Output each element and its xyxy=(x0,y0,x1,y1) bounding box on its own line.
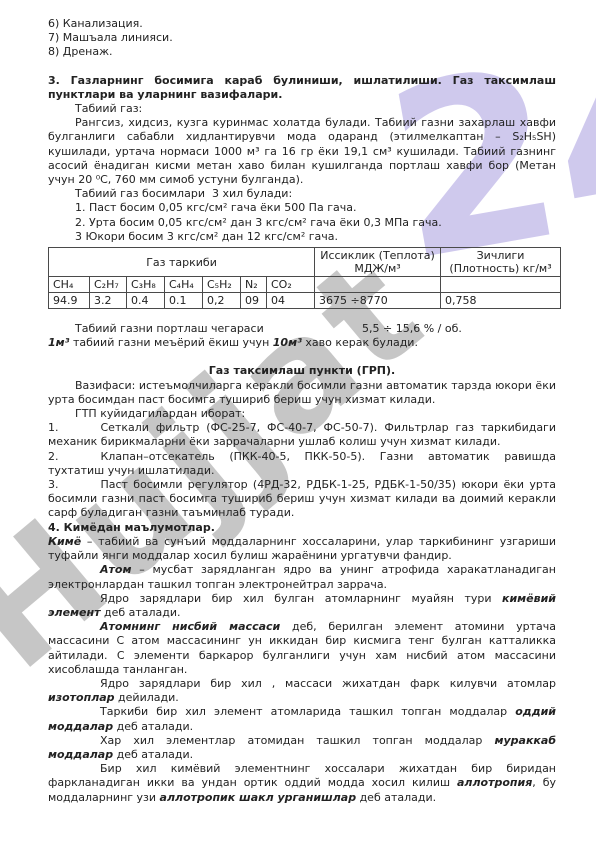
value-c4h4: 0.1 xyxy=(165,293,203,309)
list-item-kanalizatsiya: 6) Канализация. xyxy=(48,17,556,31)
gas-composition-header: Газ таркиби xyxy=(49,248,315,277)
air-requirement-text-2: хаво керак булади. xyxy=(302,336,418,349)
pressure-item-high: 3 Юкори босим 3 кгс/см² дан 12 кгс/см² г… xyxy=(48,230,556,244)
term-allotropik-shakl: аллотропик шакл урганишлар xyxy=(160,791,357,804)
grp-item-number: 2. xyxy=(48,450,59,463)
grp-item-text: Сеткали фильтр (ФС-25-7, ФС-40-7, ФС-50-… xyxy=(48,421,556,448)
air-requirement-line: 1м³ табиий газни меъёрий ёкиш учун 10м³ … xyxy=(48,336,556,350)
simple-substances-post: деб аталади. xyxy=(113,720,193,733)
term-allotropiya: аллотропия xyxy=(457,776,532,789)
explosion-limit-label: Табиий газни портлаш чегараси xyxy=(75,322,264,335)
term-kimyo: Кимё xyxy=(48,535,81,548)
section4-heading: 4. Кимёдан маълумотлар. xyxy=(48,521,556,535)
value-ch4: 94.9 xyxy=(49,293,90,309)
table-components-row: CH₄ C₂H₇ C₃H₈ C₄H₄ C₅H₂ N₂ CO₂ xyxy=(49,277,561,293)
complex-substances-post: деб аталади. xyxy=(113,748,193,761)
value-c2h7: 3.2 xyxy=(90,293,127,309)
grp-item-text: Клапан–отсекатель (ПКК-40-5, ПКК-50-5). … xyxy=(48,450,556,477)
isotope-definition: Ядро зарядлари бир хил , массаси жихатда… xyxy=(48,677,556,705)
component-ch4: CH₄ xyxy=(49,277,90,293)
heat-empty-cell xyxy=(315,277,441,293)
simple-substances-pre: Таркиби бир хил элемент атомларида ташки… xyxy=(100,705,515,718)
table-header-row: Газ таркиби Иссиклик (Теплота) МДЖ/м³ Зи… xyxy=(49,248,561,277)
element-definition: Ядро зарядлари бир хил булган атомларнин… xyxy=(48,592,556,620)
volume-1m3: 1м³ xyxy=(48,336,69,349)
value-c3h8: 0.4 xyxy=(127,293,165,309)
element-definition-pre: Ядро зарядлари бир хил булган атомларнин… xyxy=(100,592,502,605)
grp-purpose-paragraph: Вазифаси: истеъмолчиларга керакли босимл… xyxy=(48,379,556,407)
complex-substances-pre: Хар хил элементлар атомидан ташкил топга… xyxy=(100,734,495,747)
component-n2: N₂ xyxy=(241,277,267,293)
component-c2h7: C₂H₇ xyxy=(90,277,127,293)
component-c5h2: C₅H₂ xyxy=(203,277,241,293)
gtp-components-label: ГТП куйидагилардан иборат: xyxy=(48,407,556,421)
volume-10m3: 10м³ xyxy=(273,336,302,349)
chemistry-definition-text: – табиий ва сунъий моддаларнинг хоссалар… xyxy=(48,535,556,562)
pressure-types-label: Табиий газ босимлари 3 хил булади: xyxy=(48,187,556,201)
isotope-definition-post: дейилади. xyxy=(115,691,179,704)
component-c4h4: C₄H₄ xyxy=(165,277,203,293)
grp-item-text: Паст босимли регулятор (4РД-32, РДБК-1-2… xyxy=(48,478,556,519)
term-atom: Атом xyxy=(100,563,131,576)
component-co2: CO₂ xyxy=(267,277,315,293)
atomic-mass-definition: Атомнинг нисбий массаси деб, берилган эл… xyxy=(48,620,556,677)
term-nisbiy-massa: Атомнинг нисбий массаси xyxy=(100,620,280,633)
grp-item-filter: 1.Сеткали фильтр (ФС-25-7, ФС-40-7, ФС-5… xyxy=(48,421,556,449)
grp-item-valve: 2.Клапан–отсекатель (ПКК-40-5, ПКК-50-5)… xyxy=(48,450,556,478)
value-n2: 09 xyxy=(241,293,267,309)
grp-item-regulator: 3.Паст босимли регулятор (4РД-32, РДБК-1… xyxy=(48,478,556,521)
density-value: 0,758 xyxy=(441,293,561,309)
chemistry-definition: Кимё – табиий ва сунъий моддаларнинг хос… xyxy=(48,535,556,563)
density-header: Зичлиги (Плотность) кг/м³ xyxy=(441,248,561,277)
document-content: 6) Канализация. 7) Машъала линияси. 8) Д… xyxy=(0,0,596,805)
grp-item-number: 3. xyxy=(48,478,59,491)
document-page: 24 Hujjat 6) Канализация. 7) Машъала лин… xyxy=(0,0,596,842)
allotropy-definition: Бир хил кимёвий элементнинг хоссалари жи… xyxy=(48,762,556,805)
section3-heading: 3. Газларнинг босимига караб булиниши, и… xyxy=(48,74,556,102)
heat-header: Иссиклик (Теплота) МДЖ/м³ xyxy=(315,248,441,277)
grp-item-number: 1. xyxy=(48,421,59,434)
pressure-item-medium: 2. Урта босим 0,05 кгс/см² дан 3 кгс/см²… xyxy=(48,216,556,230)
gas-composition-table: Газ таркиби Иссиклик (Теплота) МДЖ/м³ Зи… xyxy=(48,247,561,309)
simple-substances-definition: Таркиби бир хил элемент атомларида ташки… xyxy=(48,705,556,733)
grp-heading: Газ таксимлаш пункти (ГРП). xyxy=(48,364,556,378)
table-values-row: 94.9 3.2 0.4 0.1 0,2 09 04 3675 ÷8770 0,… xyxy=(49,293,561,309)
component-c3h8: C₃H₈ xyxy=(127,277,165,293)
explosion-limit-value: 5,5 ÷ 15,6 % / об. xyxy=(335,322,462,336)
density-empty-cell xyxy=(441,277,561,293)
isotope-definition-pre: Ядро зарядлари бир хил , массаси жихатда… xyxy=(100,677,556,690)
heat-value: 3675 ÷8770 xyxy=(315,293,441,309)
atom-definition: Атом – мусбат зарядланган ядро ва унинг … xyxy=(48,563,556,591)
value-co2: 04 xyxy=(267,293,315,309)
explosion-limit-line: Табиий газни портлаш чегараси 5,5 ÷ 15,6… xyxy=(48,322,556,336)
gas-description-paragraph: Рангсиз, хидсиз, кузга куринмас холатда … xyxy=(48,116,556,187)
pressure-item-low: 1. Паст босим 0,05 кгс/см² гача ёки 500 … xyxy=(48,201,556,215)
allotropy-post: деб аталади. xyxy=(356,791,436,804)
element-definition-post: деб аталади. xyxy=(100,606,180,619)
air-requirement-text-1: табиий газни меъёрий ёкиш учун xyxy=(69,336,272,349)
term-izotoplar: изотоплар xyxy=(48,691,115,704)
natural-gas-label: Табиий газ: xyxy=(48,102,556,116)
list-item-mashala: 7) Машъала линияси. xyxy=(48,31,556,45)
list-item-drenazh: 8) Дренаж. xyxy=(48,45,556,59)
value-c5h2: 0,2 xyxy=(203,293,241,309)
complex-substances-definition: Хар хил элементлар атомидан ташкил топга… xyxy=(48,734,556,762)
